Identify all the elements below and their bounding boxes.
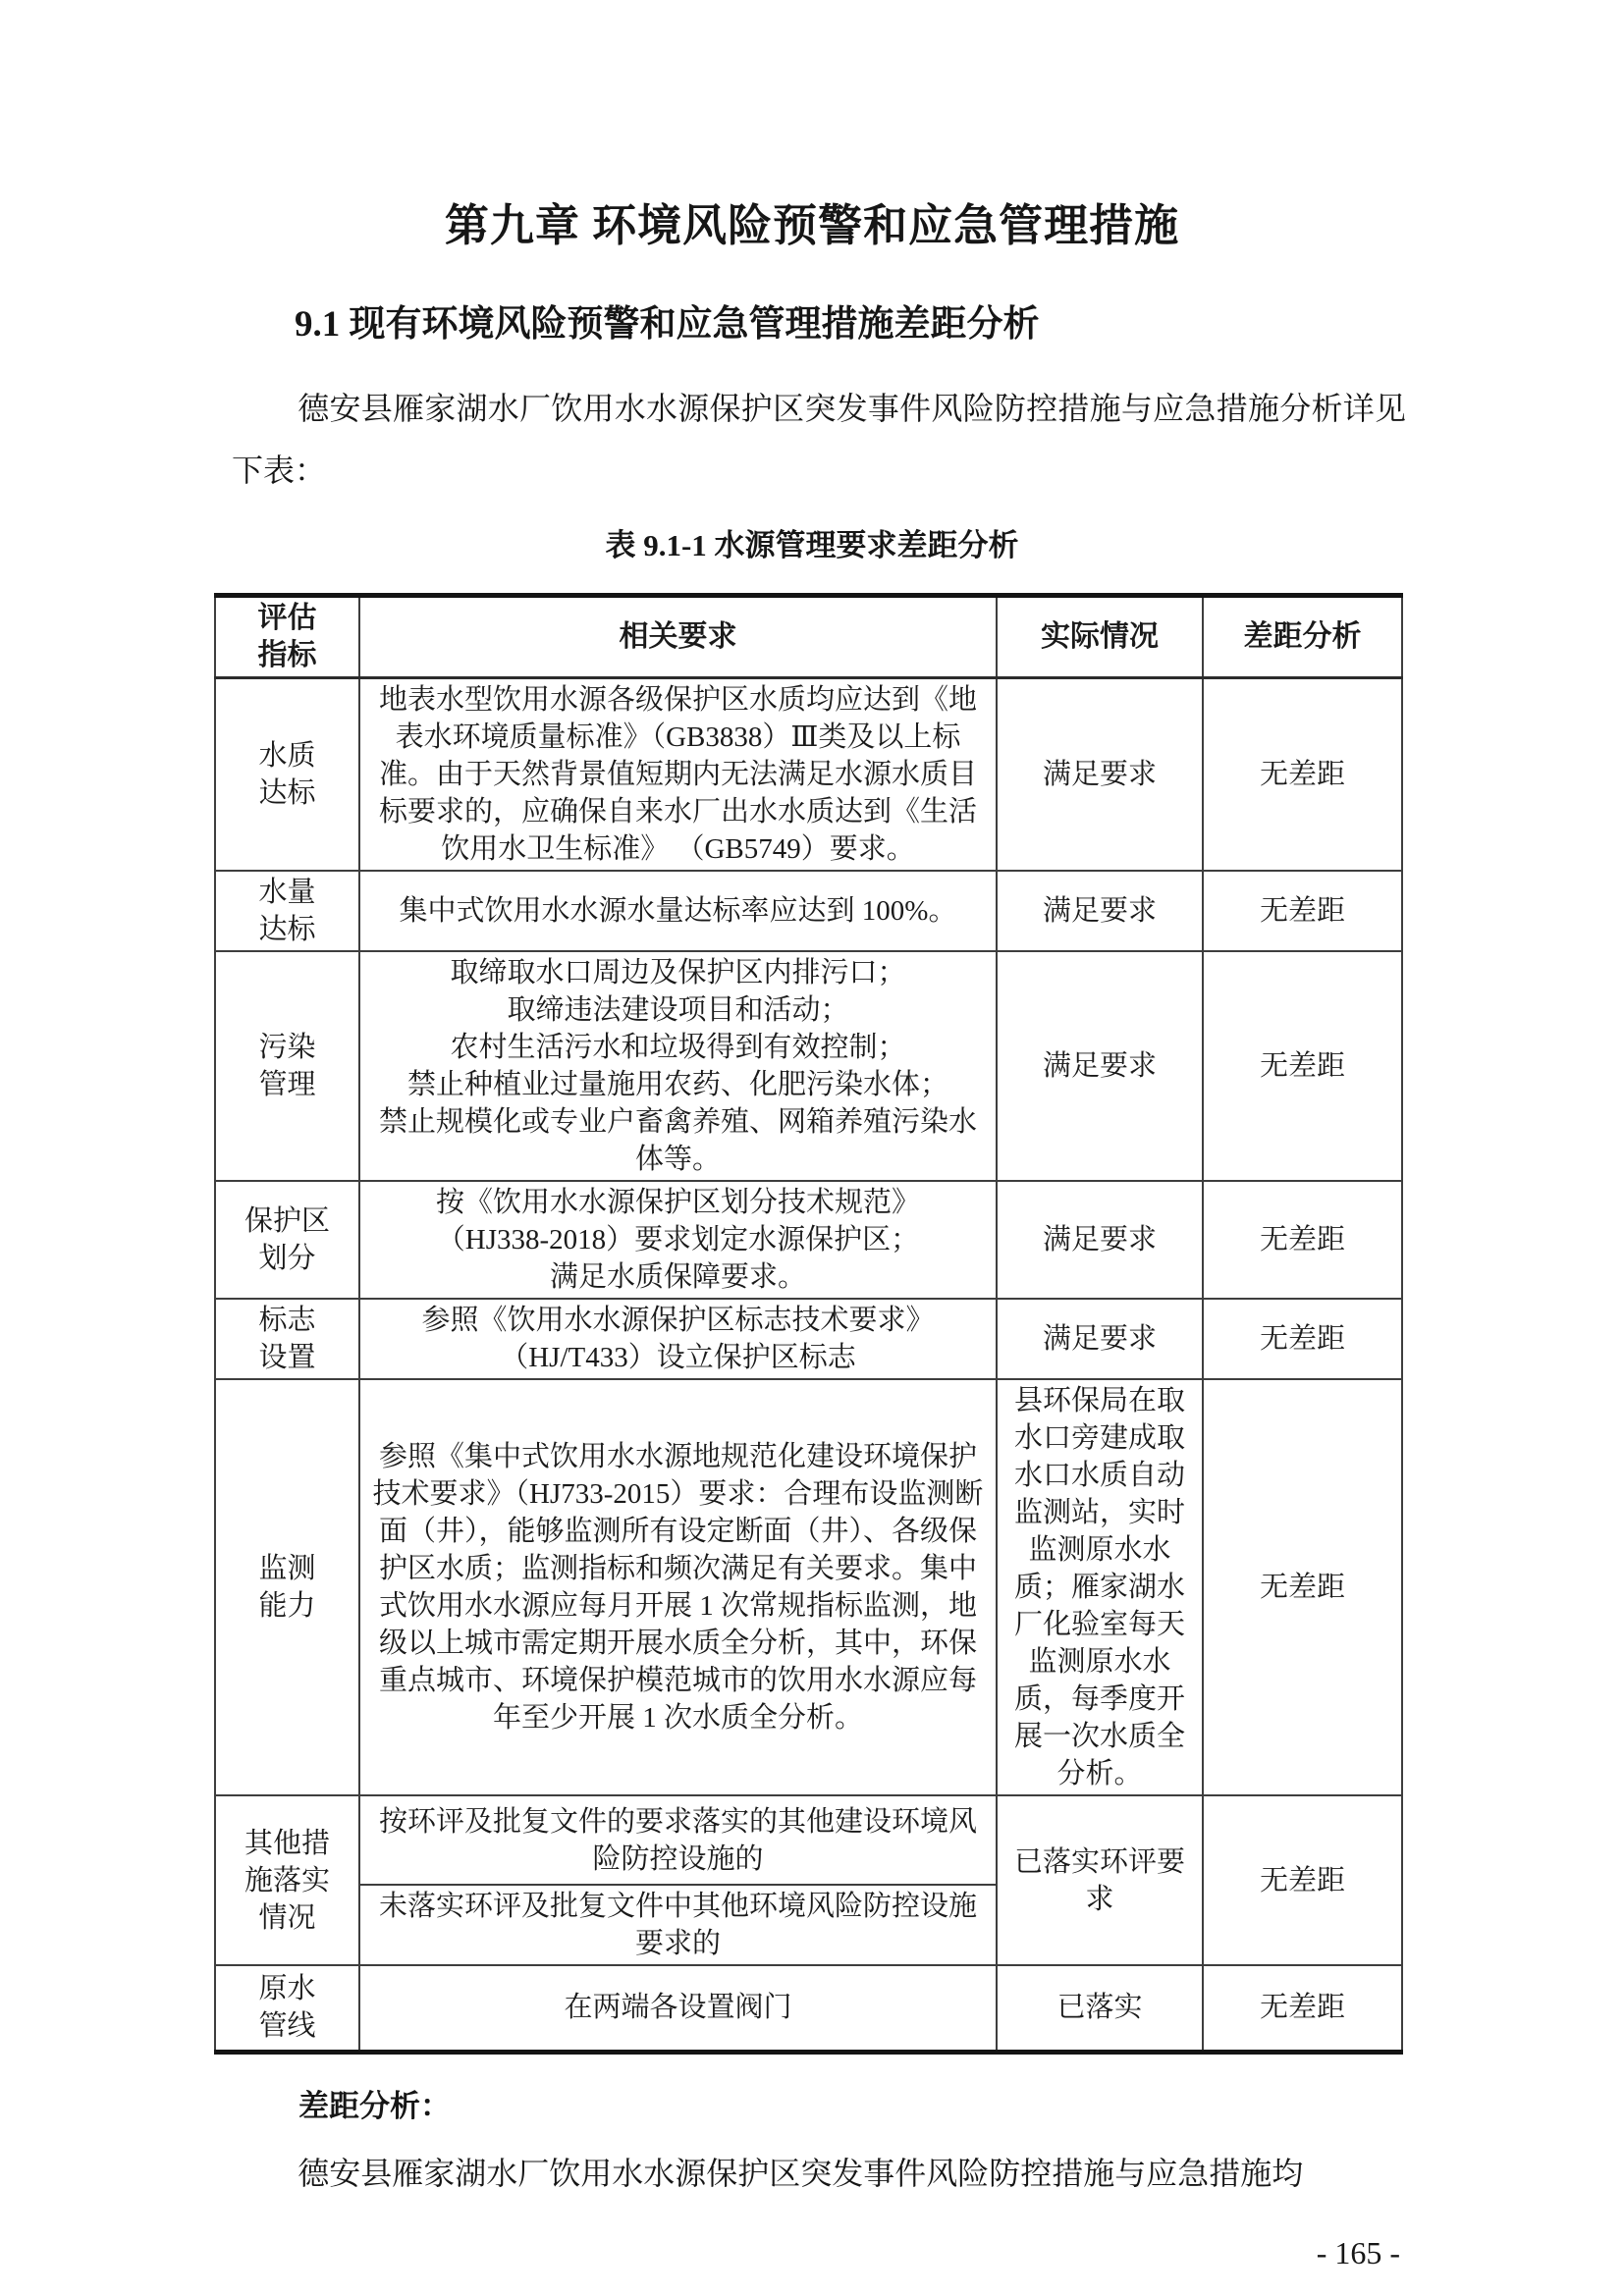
gap-analysis-heading: 差距分析： xyxy=(298,2088,1406,2124)
header-actual: 实际情况 xyxy=(997,596,1203,678)
document-page: 第九章 环境风险预警和应急管理措施 9.1 现有环境风险预警和应急管理措施差距分… xyxy=(0,0,1624,2296)
cell-gap: 无差距 xyxy=(1203,1965,1402,2052)
table-row-sign-setting: 标志 设置 参照《饮用水水源保护区标志技术要求》 （HJ/T433）设立保护区标… xyxy=(215,1299,1402,1379)
table-row-water-quantity: 水量 达标 集中式饮用水水源水量达标率应达到 100%。 满足要求 无差距 xyxy=(215,871,1402,951)
page-content: 第九章 环境风险预警和应急管理措施 9.1 现有环境风险预警和应急管理措施差距分… xyxy=(218,0,1406,2271)
gap-analysis-table: 评估 指标 相关要求 实际情况 差距分析 水质 达标 地表水型饮用水源各级保护区… xyxy=(214,593,1403,2055)
cell-requirement-bottom: 未落实环评及批复文件中其他环境风险防控设施要求的 xyxy=(359,1885,997,1965)
cell-indicator: 水量 达标 xyxy=(215,871,359,951)
table-row-water-quality: 水质 达标 地表水型饮用水源各级保护区水质均应达到《地表水环境质量标准》（GB3… xyxy=(215,678,1402,872)
table-caption: 表 9.1-1 水源管理要求差距分析 xyxy=(218,527,1406,563)
header-requirement: 相关要求 xyxy=(359,596,997,678)
table-row-other-measures-top: 其他措 施落实 情况 按环评及批复文件的要求落实的其他建设环境风险防控设施的 已… xyxy=(215,1795,1402,1885)
cell-indicator: 原水 管线 xyxy=(215,1965,359,2052)
cell-requirement: 取缔取水口周边及保护区内排污口； 取缔违法建设项目和活动； 农村生活污水和垃圾得… xyxy=(359,951,997,1181)
cell-gap: 无差距 xyxy=(1203,871,1402,951)
cell-gap: 无差距 xyxy=(1203,1181,1402,1299)
table-row-pollution-management: 污染 管理 取缔取水口周边及保护区内排污口； 取缔违法建设项目和活动； 农村生活… xyxy=(215,951,1402,1181)
gap-analysis-paragraph: 德安县雁家湖水厂饮用水水源保护区突发事件风险防控措施与应急措施均 xyxy=(232,2152,1406,2196)
cell-actual: 满足要求 xyxy=(997,951,1203,1181)
cell-indicator: 水质 达标 xyxy=(215,678,359,872)
cell-gap: 无差距 xyxy=(1203,678,1402,872)
cell-actual: 县环保局在取水口旁建成取水口水质自动监测站，实时监测原水水质；雁家湖水厂化验室每… xyxy=(997,1379,1203,1795)
cell-actual: 满足要求 xyxy=(997,1299,1203,1379)
cell-requirement: 按《饮用水水源保护区划分技术规范》 （HJ338-2018）要求划定水源保护区；… xyxy=(359,1181,997,1299)
header-indicator: 评估 指标 xyxy=(215,596,359,678)
cell-actual: 满足要求 xyxy=(997,1181,1203,1299)
cell-requirement: 参照《饮用水水源保护区标志技术要求》 （HJ/T433）设立保护区标志 xyxy=(359,1299,997,1379)
page-number: - 165 - xyxy=(218,2235,1400,2271)
table-header-row: 评估 指标 相关要求 实际情况 差距分析 xyxy=(215,596,1402,678)
cell-requirement: 参照《集中式饮用水水源地规范化建设环境保护技术要求》（HJ733-2015）要求… xyxy=(359,1379,997,1795)
cell-actual: 满足要求 xyxy=(997,678,1203,872)
cell-actual: 已落实环评要求 xyxy=(997,1795,1203,1965)
table-row-monitoring-capacity: 监测 能力 参照《集中式饮用水水源地规范化建设环境保护技术要求》（HJ733-2… xyxy=(215,1379,1402,1795)
cell-gap: 无差距 xyxy=(1203,1795,1402,1965)
cell-indicator: 污染 管理 xyxy=(215,951,359,1181)
cell-requirement: 在两端各设置阀门 xyxy=(359,1965,997,2052)
section-title: 9.1 现有环境风险预警和应急管理措施差距分析 xyxy=(295,301,1406,348)
cell-indicator: 监测 能力 xyxy=(215,1379,359,1795)
table-row-protection-zone: 保护区 划分 按《饮用水水源保护区划分技术规范》 （HJ338-2018）要求划… xyxy=(215,1181,1402,1299)
cell-gap: 无差距 xyxy=(1203,951,1402,1181)
cell-indicator: 保护区 划分 xyxy=(215,1181,359,1299)
table-row-raw-water-pipeline: 原水 管线 在两端各设置阀门 已落实 无差距 xyxy=(215,1965,1402,2052)
cell-requirement-top: 按环评及批复文件的要求落实的其他建设环境风险防控设施的 xyxy=(359,1795,997,1885)
cell-gap: 无差距 xyxy=(1203,1379,1402,1795)
header-gap: 差距分析 xyxy=(1203,596,1402,678)
cell-requirement: 地表水型饮用水源各级保护区水质均应达到《地表水环境质量标准》（GB3838）Ⅲ类… xyxy=(359,678,997,872)
cell-actual: 已落实 xyxy=(997,1965,1203,2052)
chapter-title: 第九章 环境风险预警和应急管理措施 xyxy=(218,196,1406,256)
intro-paragraph: 德安县雁家湖水厂饮用水水源保护区突发事件风险防控措施与应急措施分析详见下表： xyxy=(232,378,1406,502)
cell-requirement: 集中式饮用水水源水量达标率应达到 100%。 xyxy=(359,871,997,951)
cell-indicator: 标志 设置 xyxy=(215,1299,359,1379)
cell-actual: 满足要求 xyxy=(997,871,1203,951)
cell-indicator: 其他措 施落实 情况 xyxy=(215,1795,359,1965)
cell-gap: 无差距 xyxy=(1203,1299,1402,1379)
